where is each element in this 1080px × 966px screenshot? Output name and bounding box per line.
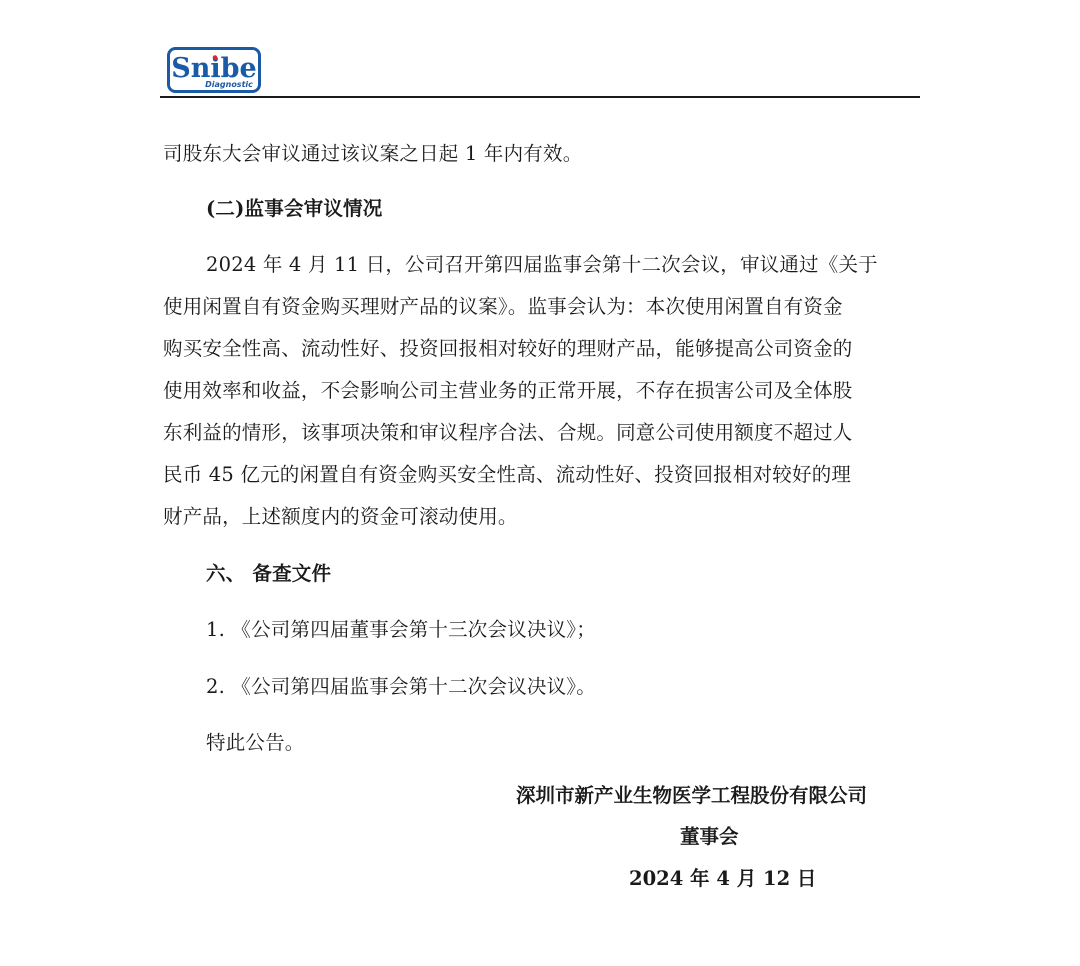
header-divider xyxy=(160,96,920,98)
signature-company: 深圳市新产业生物医学工程股份有限公司 xyxy=(516,780,867,808)
reference-document-item: 1. 《公司第四届董事会第十三次会议决议》； xyxy=(206,618,596,642)
section-heading-supervisory: (二)监事会审议情况 xyxy=(206,197,382,221)
logo-subtitle-text: Diagnostic xyxy=(205,80,253,89)
closing-statement: 特此公告。 xyxy=(206,731,305,755)
paragraph-line: 财产品，上述额度内的资金可滚动使用。 xyxy=(163,505,518,529)
company-logo: Snibe Diagnostic xyxy=(167,47,261,93)
paragraph-line: 使用闲置自有资金购买理财产品的议案》。监事会认为：本次使用闲置自有资金 xyxy=(163,295,843,319)
continued-text-line: 司股东大会审议通过该议案之日起 1 年内有效。 xyxy=(163,142,582,166)
snibe-logo-icon: Snibe Diagnostic xyxy=(167,47,261,93)
signature-date: 2024 年 4 月 12 日 xyxy=(629,863,816,891)
paragraph-line: 2024 年 4 月 11 日，公司召开第四届监事会第十二次会议，审议通过《关于 xyxy=(206,253,878,277)
paragraph-line: 购买安全性高、流动性好、投资回报相对较好的理财产品，能够提高公司资金的 xyxy=(163,337,853,361)
paragraph-line: 民币 45 亿元的闲置自有资金购买安全性高、流动性好、投资回报相对较好的理 xyxy=(163,463,851,487)
paragraph-line: 使用效率和收益，不会影响公司主营业务的正常开展，不存在损害公司及全体股 xyxy=(163,379,853,403)
signature-board: 董事会 xyxy=(680,821,739,849)
logo-dot-icon xyxy=(213,55,218,60)
paragraph-line: 东利益的情形，该事项决策和审议程序合法、合规。同意公司使用额度不超过人 xyxy=(163,421,853,445)
section-heading-reference-docs: 六、 备查文件 xyxy=(206,562,331,586)
reference-document-item: 2. 《公司第四届监事会第十二次会议决议》。 xyxy=(206,675,596,699)
